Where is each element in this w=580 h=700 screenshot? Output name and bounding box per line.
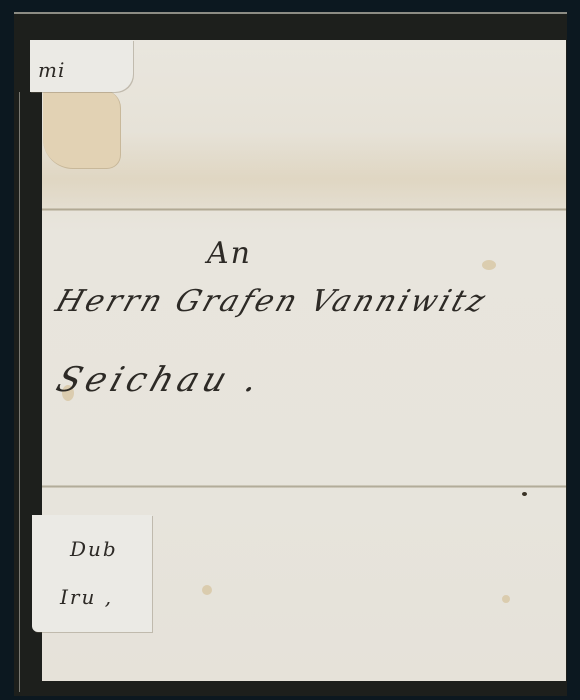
mat-edge-line	[19, 92, 20, 692]
paper-fragment-bottom	[32, 515, 152, 632]
address-place: Seichau .	[52, 360, 269, 400]
fragment-bottom-text-1: Dub	[70, 537, 118, 561]
fold-line-bottom	[42, 485, 566, 488]
address-recipient: Herrn Grafen Vanniwitz	[51, 284, 492, 319]
foxing-spot	[202, 585, 212, 595]
fragment-bottom-text-2: Iru ,	[60, 585, 113, 609]
foxing-spot	[482, 260, 496, 270]
ink-spot	[522, 492, 527, 496]
fragment-top-text: mi	[38, 58, 65, 82]
fold-line-top	[42, 208, 566, 211]
address-salutation: An	[207, 236, 252, 271]
torn-seal-stain	[43, 90, 121, 169]
foxing-spot	[502, 595, 510, 603]
